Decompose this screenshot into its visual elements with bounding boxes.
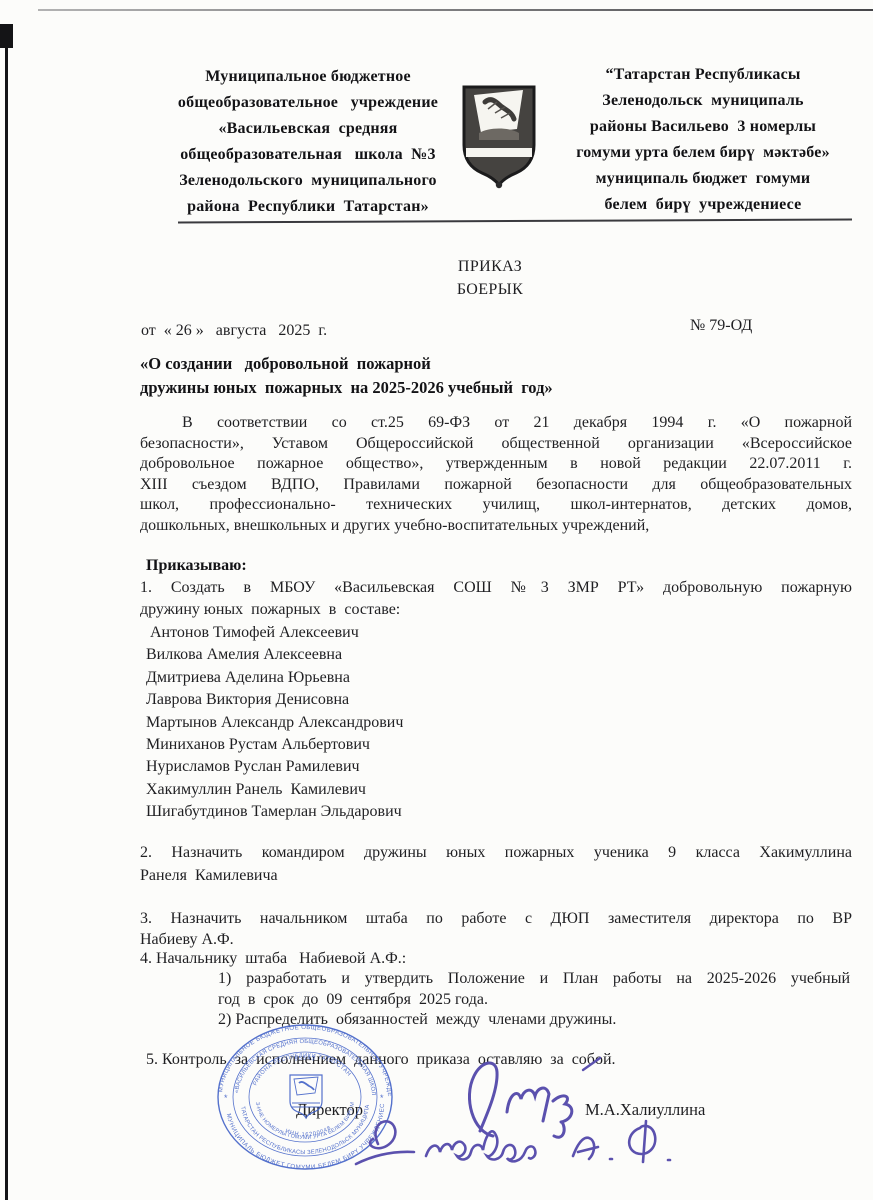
order-item-4-sub1-line2: год в срок до 09 сентября 2025 года.: [218, 990, 850, 1011]
member-name: Антонов Тимофей Алексеевич: [146, 622, 403, 644]
subject: «О создании добровольной пожарной дружин…: [140, 352, 553, 400]
member-name: Мартынов Александр Александрович: [146, 712, 403, 734]
org-name-tatar: “Татарстан Республикасы Зеленодольск мун…: [544, 62, 862, 218]
intro-line: В соответствии со ст.25 69-ФЗ от 21 дека…: [140, 413, 852, 434]
members-list: Антонов Тимофей Алексеевич Вилкова Амели…: [146, 622, 403, 824]
org-name-tat-line: Зеленодольск муниципаль: [544, 88, 862, 114]
org-name-tat-line: “Татарстан Республикасы: [544, 62, 862, 88]
member-name: Вилкова Амелия Алексеевна: [146, 644, 403, 666]
org-name-ru-line: «Васильевская средняя: [150, 116, 466, 142]
org-name-ru-line: общеобразовательное учреждение: [150, 90, 466, 116]
order-item-4: 4. Начальнику штаба Набиевой А.Ф.:: [140, 949, 406, 970]
org-name-ru-line: Зеленодольского муниципального: [150, 168, 466, 194]
member-name: Хакимуллин Ранель Камилевич: [146, 779, 403, 801]
doc-title: ПРИКАЗ БОЕРЫК: [140, 255, 840, 301]
member-name: Нурисламов Руслан Рамилевич: [146, 756, 403, 778]
org-name-ru-line: района Республики Татарстан»: [150, 194, 466, 220]
member-name: Дмитриева Аделина Юрьевна: [146, 667, 403, 689]
order-keyword: Приказываю:: [146, 556, 247, 577]
intro-paragraph: В соответствии со ст.25 69-ФЗ от 21 дека…: [140, 413, 852, 536]
org-name-ru-line: Муниципальное бюджетное: [150, 64, 466, 90]
order-item-2: 2. Назначить командиром дружины юных пож…: [140, 841, 852, 887]
signature-name: М.А.Халиуллина: [585, 1100, 705, 1121]
org-name-ru-line: общеобразовательная школа №3: [150, 142, 466, 168]
order-item-2-line2: Ранеля Камилевича: [140, 864, 852, 887]
svg-text:55543: 55543: [294, 1056, 316, 1063]
member-name: Шигабутдинов Тамерлан Эльдарович: [146, 801, 403, 823]
order-item-3-line1: 3. Назначить начальником штаба по работе…: [140, 908, 852, 929]
org-name-tat-line: белем бирү учреждениесе: [544, 192, 862, 218]
stamp-separator-right: *: [380, 1093, 384, 1103]
intro-line: XIII съездом ВДПО, Правилами пожарной бе…: [140, 475, 852, 496]
org-name-tat-line: муниципаль бюджет гомуми: [544, 166, 862, 192]
stamp-separator-left: *: [224, 1093, 228, 1103]
org-name-tat-line: гомуми урта белем бирү мәктәбе»: [544, 140, 862, 166]
subject-line2: дружины юных пожарных на 2025-2026 учебн…: [140, 376, 553, 400]
intro-line: добровольное пожарное общество», утвержд…: [140, 454, 852, 475]
scanned-order-document: Муниципальное бюджетное общеобразователь…: [0, 0, 873, 1200]
doc-title-tat: БОЕРЫК: [140, 278, 840, 301]
intro-line: дошкольных, внешкольных и других учебно-…: [140, 516, 852, 537]
order-item-1-line1: 1. Создать в МБОУ «Васильевская СОШ №3 З…: [140, 577, 852, 599]
date-line: от « 26 » августа 2025 г.: [141, 321, 327, 342]
stamp-center-top-text: 55543: [294, 1056, 316, 1063]
member-name: Миниханов Рустам Альбертович: [146, 734, 403, 756]
zelenodolsk-coat-of-arms-icon: [457, 82, 541, 190]
official-stamp: МУНИЦИПАЛЬНОЕ БЮДЖЕТНОЕ ОБЩЕОБРАЗОВАТЕЛЬ…: [210, 1019, 400, 1179]
stamp-center-shield-icon: [290, 1075, 322, 1118]
order-item-4-sub1: 1) разработать и утвердить Положение и П…: [218, 969, 850, 1010]
scan-top-edge-line: [38, 9, 873, 11]
scan-corner-mark: [0, 24, 13, 48]
order-item-4-sub1-line1: 1) разработать и утвердить Положение и П…: [218, 969, 850, 990]
order-item-3: 3. Назначить начальником штаба по работе…: [140, 908, 852, 950]
order-item-1: 1. Создать в МБОУ «Васильевская СОШ №3 З…: [140, 577, 852, 622]
member-name: Лаврова Виктория Денисовна: [146, 689, 403, 711]
order-item-1-line2: дружину юных пожарных в составе:: [140, 599, 852, 621]
org-name-tat-line: районы Васильево 3 номерлы: [544, 114, 862, 140]
org-name-russian: Муниципальное бюджетное общеобразователь…: [150, 64, 466, 220]
intro-line: школ, профессионально- технических учили…: [140, 495, 852, 516]
subject-line1: «О создании добровольной пожарной: [140, 352, 553, 376]
doc-title-ru: ПРИКАЗ: [140, 255, 840, 278]
order-item-2-line1: 2. Назначить командиром дружины юных пож…: [140, 841, 852, 864]
order-item-3-line2: Набиеву А.Ф.: [140, 929, 852, 950]
intro-line: безопасности», Уставом Общероссийской об…: [140, 434, 852, 455]
secondary-handwritten-signature: [348, 1112, 723, 1174]
scan-left-edge-line: [5, 24, 8, 1200]
doc-number: № 79-ОД: [690, 316, 752, 337]
